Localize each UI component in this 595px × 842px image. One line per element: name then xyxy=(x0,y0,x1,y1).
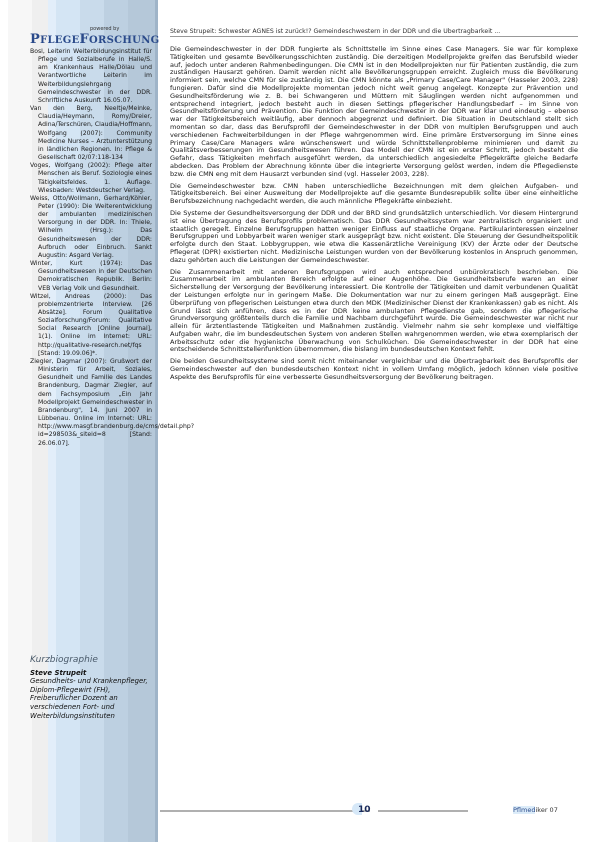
magazine-issue: iker 07 xyxy=(535,806,557,814)
reference-item: Ziegler, Dagmar (2007): Grußwort der Min… xyxy=(30,358,152,448)
reference-item: Bosl, Leiterin Weiterbildungsinstitut fü… xyxy=(30,48,152,105)
body-paragraph: Die Systeme der Gesundheitsversorgung de… xyxy=(170,210,578,265)
running-header: Steve Strupeit: Schwester AGNES ist zurü… xyxy=(170,28,578,37)
logo-name: PFLEGEFORSCHUNG xyxy=(30,32,159,47)
reference-item: Van den Berg, Neeltje/Meinke, Claudia/He… xyxy=(30,105,152,162)
reference-item: Witzel, Andreas (2000): Das problemzentr… xyxy=(30,293,152,358)
footer-rule-left xyxy=(160,810,370,812)
footer-magazine: Pflmediker 07 xyxy=(513,806,558,814)
journal-logo: powered by PFLEGEFORSCHUNG xyxy=(30,30,165,48)
body-paragraph: Die Gemeindeschwester bzw. CMN haben unt… xyxy=(170,183,578,206)
body-paragraph: Die Gemeindeschwester in der DDR fungier… xyxy=(170,46,578,179)
bio-text: Gesundheits- und Krankenpfleger, Diplom-… xyxy=(30,677,152,720)
sidebar-divider xyxy=(155,0,158,842)
reference-item: Weiss, Otto/Wollmann, Gerhard/Köhler, Pe… xyxy=(30,195,152,260)
body-paragraph: Die Zusammenarbeit mit anderen Berufsgru… xyxy=(170,269,578,355)
bio-author-name: Steve Strupeit xyxy=(30,669,152,678)
references-list: Bosl, Leiterin Weiterbildungsinstitut fü… xyxy=(30,48,152,448)
body-paragraph: Die beiden Gesundheitssysteme sind somit… xyxy=(170,358,578,381)
author-bio: Kurzbiographie Steve Strupeit Gesundheit… xyxy=(30,656,152,720)
page-number: 10 xyxy=(358,805,371,815)
reference-item: Voges, Wolfgang (2002): Pflege alter Men… xyxy=(30,162,152,195)
magazine-name: Pflmed xyxy=(513,806,535,814)
reference-item: Winter, Kurt (1974): Das Gesundheitswese… xyxy=(30,260,152,293)
bio-title: Kurzbiographie xyxy=(30,656,152,665)
article-body: Die Gemeindeschwester in der DDR fungier… xyxy=(170,46,578,386)
footer-rule-right xyxy=(378,810,468,812)
